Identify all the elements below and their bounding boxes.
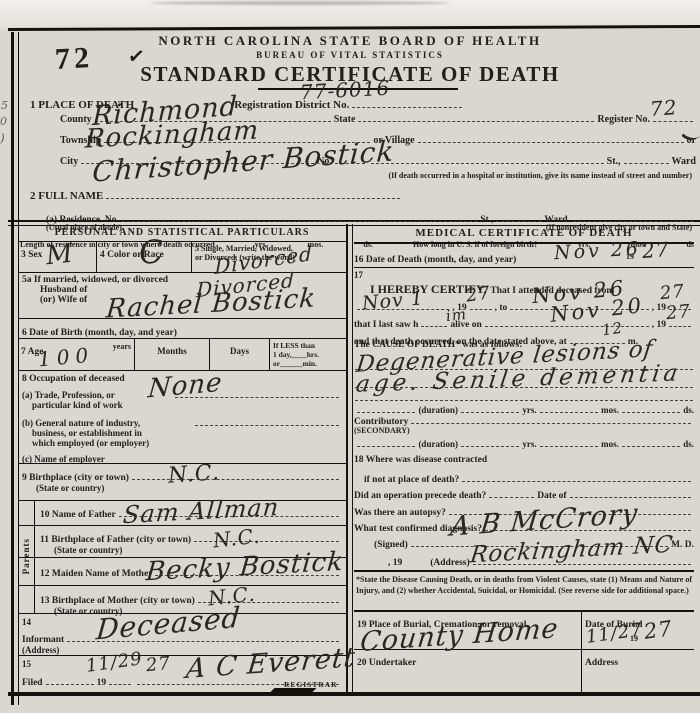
death-certificate-scan: 5 0 ) 72 ✓ NORTH CAROLINA STATE BOARD OF… <box>0 0 700 713</box>
certificate-bottom-border <box>8 692 700 696</box>
register-no-label: Register No. <box>597 114 650 125</box>
full-name-label: 2 FULL NAME <box>30 190 103 202</box>
mother-birthplace-line: 13 Birthplace of Mother (city or town) <box>40 591 342 606</box>
last-saw-label: that I last saw h <box>354 320 418 330</box>
mother-name-label: 12 Maiden Name of Mother <box>40 569 152 579</box>
dotted-blank <box>421 315 447 327</box>
item-17-number: 17 <box>354 270 694 280</box>
sex-label: 3 Sex <box>21 250 42 260</box>
attended-from-handwritten: Nov 1 <box>361 289 424 313</box>
sex-handwritten: M <box>45 241 75 270</box>
burial-date-handwritten: 11/27 <box>585 621 644 647</box>
board-title: NORTH CAROLINA STATE BOARD OF HEALTH <box>0 33 700 49</box>
city-label: City <box>60 156 78 167</box>
spouse-row: 5a If married, widowed, or divorced Husb… <box>18 272 346 318</box>
less-than-day-cell: If LESS than 1 day,____hrs. or______min. <box>270 339 346 370</box>
last-alive-year-handwritten: 27 <box>665 303 692 324</box>
column-divider-rule <box>346 224 353 692</box>
occ-b-line2: business, or establishment in <box>32 428 192 438</box>
dotted-blank <box>132 468 339 480</box>
bureau-title: BUREAU OF VITAL STATISTICS <box>0 50 700 60</box>
county-label: County <box>60 114 92 125</box>
dotted-blank <box>540 435 598 447</box>
age-row: 7 Age years 100 Months Days If LESS than… <box>18 338 346 370</box>
death-time-handwritten: 12 <box>601 321 624 339</box>
mother-birthplace-label: 13 Birthplace of Mother (city or town) <box>40 596 195 606</box>
scan-artifact <box>150 1 450 5</box>
last-saw-line: that I last saw h alive on , 19 <box>354 315 694 332</box>
secondary-label: (SECONDARY) <box>354 426 694 435</box>
contributory-block: Contributory (SECONDARY) (duration) yrs.… <box>354 412 694 455</box>
personal-statistical-column: PERSONAL AND STATISTICAL PARTICULARS 3 S… <box>18 224 346 692</box>
registrar-arrow <box>270 688 317 693</box>
signed-label: (Signed) <box>374 540 408 550</box>
dotted-blank <box>496 210 541 222</box>
father-name-label: 10 Name of Father <box>40 510 116 520</box>
cause-of-death-block: The CAUSE OF DEATH* was as follows: (dur… <box>354 340 694 412</box>
age-years-label: years <box>113 342 131 351</box>
comma-19-label: , 19 <box>388 558 402 568</box>
occupation-b-row: (b) General nature of industry, business… <box>22 414 342 448</box>
dotted-blank <box>570 486 691 498</box>
last-saw-him-handwritten: im <box>445 307 467 324</box>
informant-label: Informant <box>22 635 64 645</box>
filed-row: 15 Filed 19 11/29 27 A C Everett REGISTR… <box>18 655 346 692</box>
undertaker-row: 20 Undertaker Address <box>354 650 694 692</box>
sex-cell: 3 Sex M <box>18 242 97 272</box>
filed-19-printed: 19 <box>97 678 107 688</box>
date-of-label: Date of <box>537 491 566 501</box>
spacer <box>402 554 430 565</box>
spacer <box>105 451 342 462</box>
duration-label: (duration) <box>418 439 458 449</box>
undertaker-label: 20 Undertaker <box>357 658 416 668</box>
full-name-row: 2 FULL NAME <box>18 187 696 210</box>
undertaker-address-label: Address <box>585 658 618 668</box>
dotted-blank <box>371 152 604 164</box>
marital-status-cell: 5 Single, Married, Widowed, or Divorced,… <box>192 242 346 272</box>
sex-color-marital-row: 3 Sex M 4 Color or Race C 5 Single, Marr… <box>18 241 346 272</box>
dotted-blank <box>106 187 399 199</box>
burial-place-cell: 19 Place of Burial, Cremation, or remova… <box>354 612 582 649</box>
margin-mark: ) <box>0 132 6 144</box>
filed-date-handwritten: 11/29 <box>85 650 144 676</box>
birthplace-label: 9 Birthplace (city or town) <box>22 473 129 483</box>
age-handwritten: 100 <box>37 345 95 370</box>
father-name-handwritten: Sam Allman <box>122 495 280 527</box>
color-race-cell: 4 Color or Race C <box>97 242 192 272</box>
dotted-blank <box>461 435 519 447</box>
disease-questions-block: 18 Where was disease contracted if not a… <box>354 455 694 570</box>
attended-from-year-handwritten: 27 <box>465 284 492 305</box>
age-days-cell: Days <box>210 339 270 370</box>
q18-label-line2: if not at place of death? <box>364 475 459 485</box>
date-of-birth-row: 6 Date of Birth (month, day, and year) <box>18 318 346 338</box>
duration2-line: (duration) yrs. mos. ds. <box>354 435 694 450</box>
district-number-handwritten: 77-6016 <box>300 78 391 103</box>
register-number-handwritten: 72 <box>649 97 678 119</box>
dotted-blank <box>489 486 534 498</box>
ds-label: ds. <box>683 439 694 449</box>
mother-name-row: 12 Maiden Name of Mother Becky Bostick <box>18 557 346 585</box>
birthplace-row: 9 Birthplace (city or town) (State or co… <box>18 463 346 500</box>
date-of-death-label: 16 Date of Death (month, day, and year) <box>354 255 516 265</box>
undertaker-address-cell: Address <box>582 650 694 692</box>
birthplace-handwritten: N.C. <box>167 462 220 488</box>
parents-group: Parents 10 Name of Father Sam Allman 11 … <box>18 500 346 613</box>
contributory-line: Contributory <box>354 412 694 426</box>
footnote: *State the Disease Causing Death, or in … <box>354 570 694 610</box>
date-of-birth-label: 6 Date of Birth (month, day, and year) <box>22 328 177 338</box>
dotted-blank <box>622 435 680 447</box>
occupation-row: 8 Occupation of deceased (a) Trade, Prof… <box>18 370 346 463</box>
dotted-blank <box>462 470 691 482</box>
occupation-b-label: (b) General nature of industry, business… <box>22 418 192 448</box>
dotted-blank <box>573 210 693 222</box>
less-label-line1: If LESS than <box>273 341 343 350</box>
medical-certificate-column: MEDICAL CERTIFICATE OF DEATH 16 Date of … <box>354 224 694 692</box>
filed-label: Filed <box>22 678 43 688</box>
certify-block: 17 I HEREBY CERTIFY, That I attended dec… <box>354 268 694 340</box>
margin-mark: 0 <box>0 116 8 127</box>
father-birthplace-handwritten: N.C. <box>212 526 261 551</box>
margin-mark: 5 <box>1 100 9 111</box>
attended-to-year-handwritten: 27 <box>659 283 686 304</box>
operation-label: Did an operation precede death? <box>354 491 486 501</box>
burial-year-handwritten: 27 <box>643 618 674 643</box>
color-race-handwritten: C <box>138 235 166 269</box>
mos-label: mos. <box>601 439 619 449</box>
age-months-cell: Months <box>135 339 210 370</box>
dotted-blank <box>357 435 415 447</box>
ward-label: Ward <box>672 156 696 167</box>
residence-row: (a) Residence. No. St., Ward. <box>18 210 696 223</box>
md-label: M. D. <box>671 540 694 550</box>
st-label: St., <box>607 156 621 167</box>
less-label-line3: or______min. <box>273 359 343 368</box>
or-label: or <box>687 135 696 146</box>
yrs-label: yrs. <box>522 439 536 449</box>
date-of-death-row: 16 Date of Death (month, day, and year) … <box>354 244 694 268</box>
burial-row: 19 Place of Burial, Cremation, or remova… <box>354 610 694 650</box>
address-label: (Address) <box>430 558 469 568</box>
dotted-blank <box>122 210 477 222</box>
occ-b-line1: (b) General nature of industry, <box>22 418 192 428</box>
to-label: , to <box>495 303 508 313</box>
less-label-line2: 1 day,____hrs. <box>273 350 343 359</box>
father-name-row: 10 Name of Father Sam Allman <box>18 500 346 525</box>
father-birthplace-label: 11 Birthplace of Father (city or town) <box>40 535 191 545</box>
dotted-blank <box>411 412 691 424</box>
operation-line: Did an operation precede death? Date of <box>354 486 694 503</box>
dotted-blank <box>418 131 684 143</box>
dod-year-handwritten: 27 <box>641 239 670 261</box>
burial-date-cell: Date of Burial 19 11/27 27 <box>582 612 694 649</box>
undertaker-cell: 20 Undertaker <box>354 650 582 692</box>
filed-year-handwritten: 27 <box>145 655 172 676</box>
date-of-death-handwritten: Nov 26 <box>554 240 642 264</box>
printed-19: , 19 <box>652 303 666 313</box>
age-cell: 7 Age years 100 <box>18 339 135 370</box>
q18-label-line1: 18 Where was disease contracted <box>354 455 694 470</box>
state-label: State <box>334 114 356 125</box>
dotted-blank <box>195 414 339 426</box>
dotted-blank <box>109 673 131 685</box>
dotted-blank <box>358 110 594 122</box>
father-birthplace-line: 11 Birthplace of Father (city or town) <box>40 530 342 545</box>
duration-line: (duration) yrs. mos. ds. <box>354 401 694 412</box>
occupation-handwritten: None <box>147 370 224 403</box>
autopsy-label: Was there an autopsy? <box>354 508 446 518</box>
dotted-blank <box>624 152 669 164</box>
printed-19: , 19 <box>652 320 666 330</box>
occ-b-line3: which employed (or employer) <box>32 438 192 448</box>
days-label: Days <box>230 346 249 356</box>
months-label: Months <box>157 346 187 356</box>
q18-line2: if not at place of death? <box>354 470 694 486</box>
